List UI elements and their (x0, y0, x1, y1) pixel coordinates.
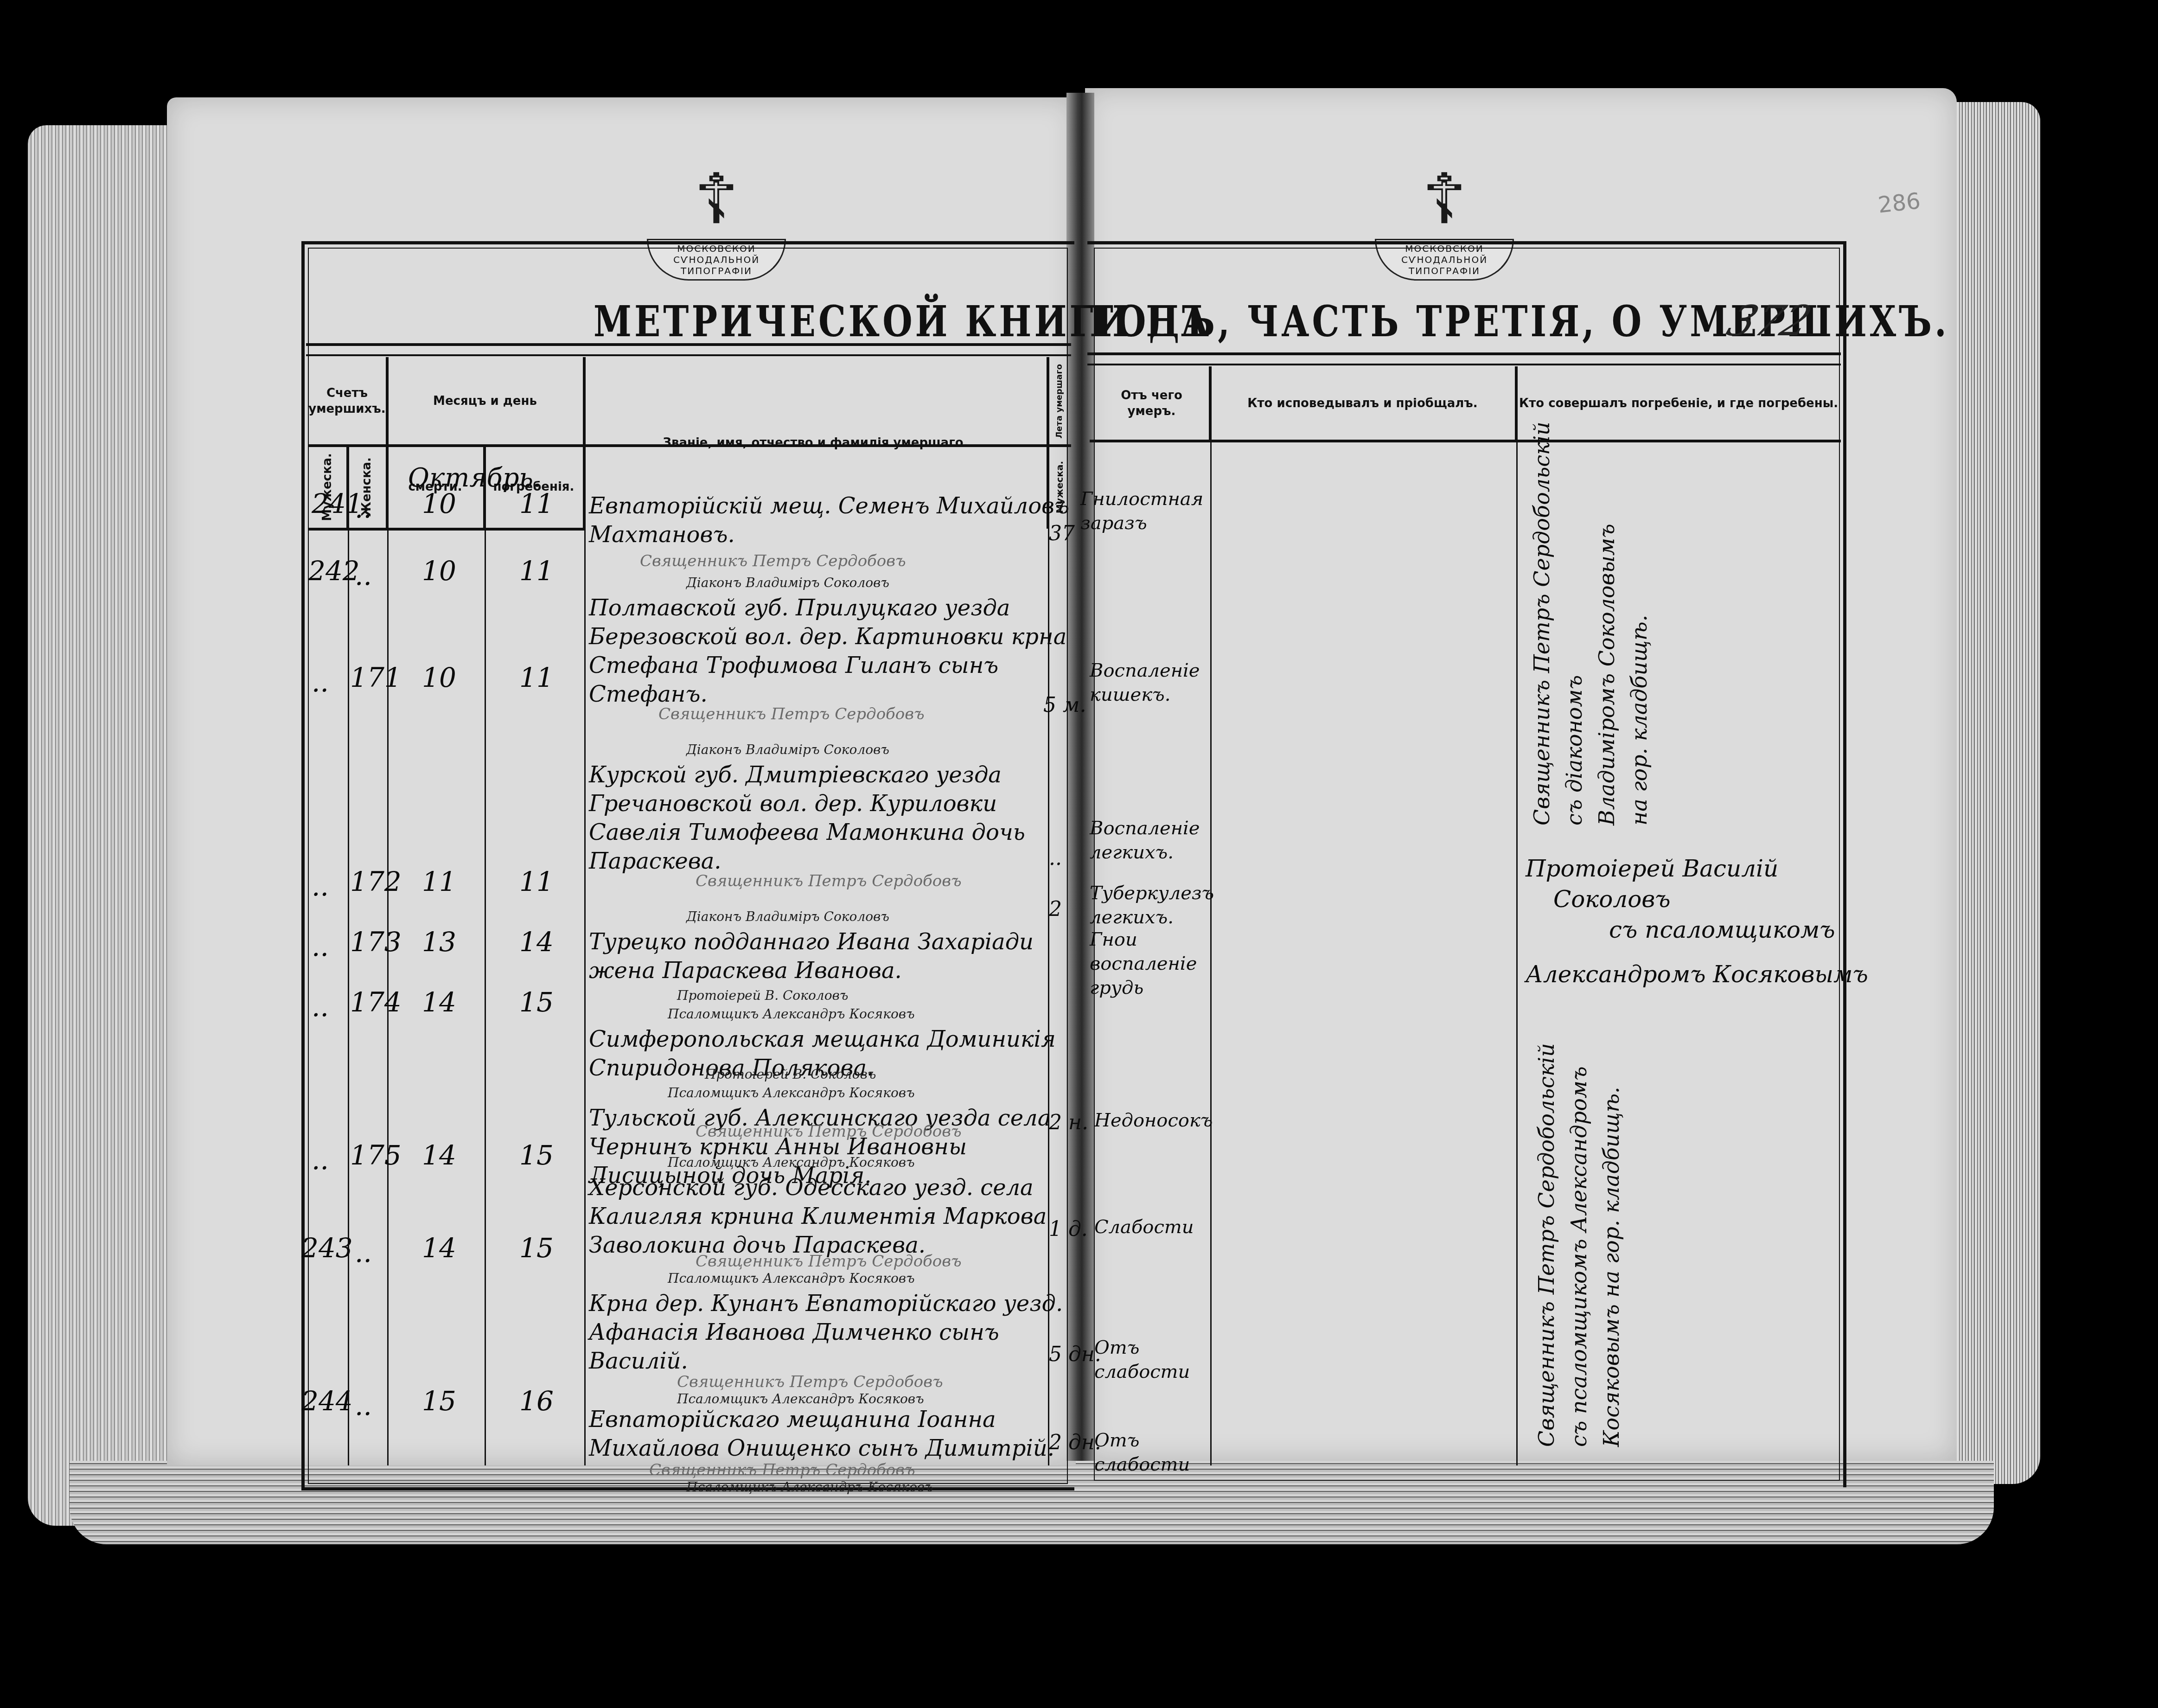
age: .. (1049, 844, 1062, 873)
cause-of-death: Недоносокъ (1094, 1108, 1224, 1132)
death-day: 10 (422, 489, 456, 518)
officiant-signature: Священникъ Петръ Сердобовъ (677, 1373, 943, 1391)
age: 1 д. (1049, 1215, 1088, 1244)
header-label: Месяцъ и день (433, 393, 537, 409)
burial-note-vertical: Священникъ Петръ Сердобольскій съ псалом… (1530, 1020, 1628, 1447)
annotation-above: Діаконъ Владиміръ Соколовъ (686, 909, 889, 925)
pencil-page-number: 286 (1877, 188, 1922, 218)
cause-of-death: Гнилостная заразъ (1080, 487, 1210, 535)
age: 2 н. (1049, 1108, 1088, 1137)
age: 2 (1049, 895, 1062, 924)
header-label: Званіе, имя, отчество и фамилія умершаго… (663, 435, 968, 451)
burial-day: 15 (519, 988, 554, 1017)
burial-note-line: Владиміромъ Соколовымъ (1594, 524, 1619, 825)
age: 37 (1049, 519, 1075, 548)
burial-note-line: на гор. кладбищѣ. (1627, 615, 1652, 825)
burial-day: 15 (519, 1141, 554, 1170)
burial-note-line: Александромъ Косяковымъ (1526, 959, 1868, 990)
death-day: 11 (422, 867, 456, 896)
header-label: Лета умершаго (1052, 364, 1067, 439)
death-day: 15 (422, 1387, 456, 1415)
header-divider-left-bottom (308, 528, 584, 531)
cause-of-death: Воспаленіе кишекъ. (1090, 659, 1219, 707)
female-count: 171 (350, 663, 402, 692)
deceased-record: Херсонской губ. Одесскаго уезд. села Кал… (589, 1173, 1071, 1260)
male-count: .. (312, 668, 329, 697)
column-header-age: Лета умершаго (1048, 357, 1071, 445)
burial-note-line: Священникъ Петръ Сердобольскій (1529, 422, 1554, 825)
male-count: .. (312, 872, 329, 901)
burial-day: 11 (519, 557, 554, 585)
officiant-signature: Священникъ Петръ Сердобовъ (696, 1122, 962, 1141)
officiant-signature: Протоіерей В. Соколовъ (677, 988, 848, 1004)
column-line (348, 445, 349, 1465)
column-header-count: Счетъ умершихъ. (308, 357, 387, 445)
header-divider-left-mid (308, 444, 1071, 447)
header-label: Счетъ умершихъ. (308, 385, 385, 417)
male-count: 244 (301, 1387, 353, 1415)
male-count: 243 (301, 1234, 353, 1262)
death-day: 14 (422, 1234, 456, 1262)
deceased-record: Евпаторійскаго мещанина Іоанна Михайлова… (589, 1405, 1071, 1463)
officiant-signature: Священникъ Петръ Сердобовъ (640, 552, 906, 570)
column-line (485, 445, 486, 1465)
annotation-above: Псаломщикъ Александръ Косяковъ (677, 1391, 924, 1407)
burial-note-line: съ псаломщикомъ (1526, 915, 1868, 945)
male-count: .. (312, 992, 329, 1021)
death-day: 14 (422, 1141, 456, 1170)
annotation-above: Псаломщикъ Александръ Косяковъ (668, 1155, 915, 1171)
burial-day: 11 (519, 489, 554, 518)
annotation-above: Псаломщикъ Александръ Косяковъ (668, 1085, 915, 1101)
death-day: 13 (422, 928, 456, 956)
male-count: 242 (308, 557, 360, 585)
female-count: .. (355, 561, 372, 590)
cause-of-death: Отъ слабости (1094, 1428, 1224, 1477)
annotation-above: Діаконъ Владиміръ Соколовъ (686, 575, 889, 591)
death-day: 10 (422, 663, 456, 692)
header-label: Отъ чего умеръ. (1096, 388, 1207, 419)
officiant-signature: Священникъ Петръ Сердобовъ (696, 1252, 962, 1271)
burial-day: 11 (519, 867, 554, 896)
page-title-right: ГОДЪ, ЧАСТЬ ТРЕТІЯ, О УМЕРШИХЪ. (1090, 297, 1949, 347)
double-headed-eagle-icon: ☦ (647, 160, 786, 239)
age: 2 дн. (1049, 1428, 1101, 1457)
cause-of-death: Воспаленіе легкихъ. (1090, 816, 1219, 864)
female-count: .. (355, 1391, 372, 1420)
deceased-record: Евпаторійскій мещ. Семенъ Михайловъ Махт… (589, 492, 1071, 549)
officiant-signature: Священникъ Петръ Сердобовъ (658, 705, 925, 723)
deceased-record: Курской губ. Дмитріевскаго уезда Гречано… (589, 761, 1071, 876)
column-header-confessor: Кто исповедывалъ и пріобщалъ. (1210, 366, 1516, 441)
female-count: 174 (350, 988, 402, 1017)
annotation-above: Діаконъ Владиміръ Соколовъ (686, 742, 889, 758)
header-label: Кто исповедывалъ и пріобщалъ. (1247, 396, 1477, 411)
burial-note-vertical: Священникъ Петръ Сердобольскій съ діакон… (1526, 408, 1655, 825)
burial-note-block: Протоіерей Василій Соколовъ съ псаломщик… (1526, 853, 1868, 990)
death-day: 14 (422, 988, 456, 1017)
cause-of-death: Туберкулезъ легкихъ. (1090, 881, 1219, 929)
book-page-edges-left (28, 125, 176, 1526)
officiant-signature: Священникъ Петръ Сердобовъ (649, 1461, 915, 1479)
female-count: 172 (350, 867, 402, 896)
deceased-record: Крна дер. Кунанъ Евпаторійскаго уезд. Аф… (589, 1289, 1071, 1375)
column-header-date: Месяцъ и день (387, 357, 584, 445)
cause-of-death: Гнои воспаленіе грудь (1090, 928, 1219, 1000)
book-page-edges-right (1947, 102, 2040, 1484)
column-header-cause: Отъ чего умеръ. (1094, 366, 1210, 441)
column-line (1516, 366, 1518, 1465)
burial-day: 14 (519, 928, 554, 956)
cause-of-death: Слабости (1094, 1215, 1224, 1239)
annotation-below: Псаломщикъ Александръ Косяковъ (686, 1479, 933, 1495)
header-divider-right (1090, 440, 1841, 442)
burial-day: 15 (519, 1234, 554, 1262)
female-count: .. (355, 1238, 372, 1267)
deceased-record: Турецко подданнаго Ивана Захаріади жена … (589, 928, 1071, 985)
burial-day: 16 (519, 1387, 554, 1415)
column-line (387, 357, 389, 1465)
burial-note-line: съ псаломщикомъ Александромъ (1566, 1066, 1591, 1447)
column-line (584, 357, 586, 1465)
male-count: .. (312, 932, 329, 961)
header-rule-left (306, 343, 1071, 356)
officiant-signature: Протоіерей В. Соколовъ (705, 1067, 876, 1082)
female-count: .. (355, 494, 372, 523)
female-count: 175 (350, 1141, 402, 1170)
burial-note-line: Протоіерей Василій (1526, 853, 1868, 884)
annotation-above: Псаломщикъ Александръ Косяковъ (668, 1271, 915, 1286)
death-day: 10 (422, 557, 456, 585)
male-count: .. (312, 1145, 329, 1174)
age: 5 м. (1043, 691, 1086, 720)
header-rule-right (1087, 352, 1841, 365)
age: 5 дн. (1049, 1340, 1101, 1369)
cause-of-death: Отъ слабости (1094, 1336, 1224, 1384)
burial-note-line: съ діакономъ (1562, 675, 1587, 825)
officiant-signature: Священникъ Петръ Сердобовъ (696, 872, 962, 890)
burial-note-line: Соколовъ (1526, 884, 1868, 915)
double-headed-eagle-icon: ☦ (1375, 160, 1514, 239)
deceased-record: Полтавской губ. Прилуцкаго уезда Березов… (589, 594, 1071, 709)
female-count: 173 (350, 928, 402, 956)
burial-note-line: Священникъ Петръ Сердобольскій (1534, 1043, 1559, 1447)
annotation-above: Псаломщикъ Александръ Косяковъ (668, 1006, 915, 1022)
burial-note-line: Косяковымъ на гор. кладбищѣ. (1599, 1087, 1624, 1447)
burial-day: 11 (519, 663, 554, 692)
